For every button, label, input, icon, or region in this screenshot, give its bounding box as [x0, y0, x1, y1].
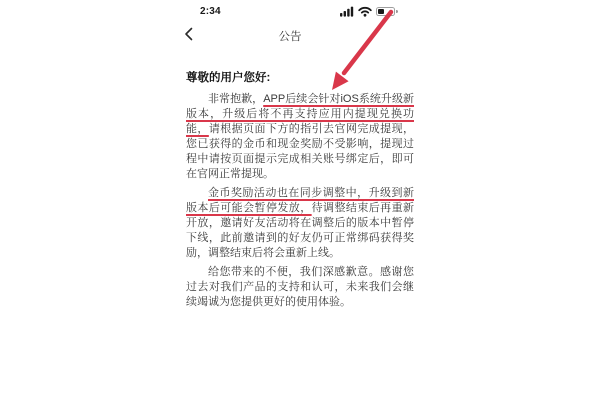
announcement-paragraph: 金币奖励活动也在同步调整中，升级到新版本后可能会暂停发放，待调整结束后再重新开放… — [186, 186, 414, 261]
announcement-screen: 2:34 公告 尊敬的用户您好: 非常抱歉，APP后续会针对iOS系统升 — [0, 0, 600, 400]
paragraph-text: 请根据页面下方的指引去官网完成提现，您已获得的金币和现金奖励不受影响，提现过程中… — [186, 123, 414, 180]
page-title: 公告 — [266, 28, 314, 44]
status-time: 2:34 — [200, 6, 221, 17]
back-button[interactable] — [184, 27, 194, 41]
paragraph-text: 给您带来的不便，我们深感歉意。感谢您过去对我们产品的支持和认可，未来我们会继续竭… — [186, 266, 414, 308]
announcement-paragraph: 给您带来的不便，我们深感歉意。感谢您过去对我们产品的支持和认可，未来我们会继续竭… — [186, 265, 414, 310]
red-arrow-annotation — [325, 8, 400, 98]
paragraph-text: 非常抱歉， — [208, 93, 263, 105]
announcement-paragraph: 非常抱歉，APP后续会针对iOS系统升级新版本，升级后将不再支持应用内提现兑换功… — [186, 92, 414, 182]
paragraphs: 非常抱歉，APP后续会针对iOS系统升级新版本，升级后将不再支持应用内提现兑换功… — [186, 92, 414, 310]
announcement-body: 尊敬的用户您好: 非常抱歉，APP后续会针对iOS系统升级新版本，升级后将不再支… — [186, 72, 414, 314]
